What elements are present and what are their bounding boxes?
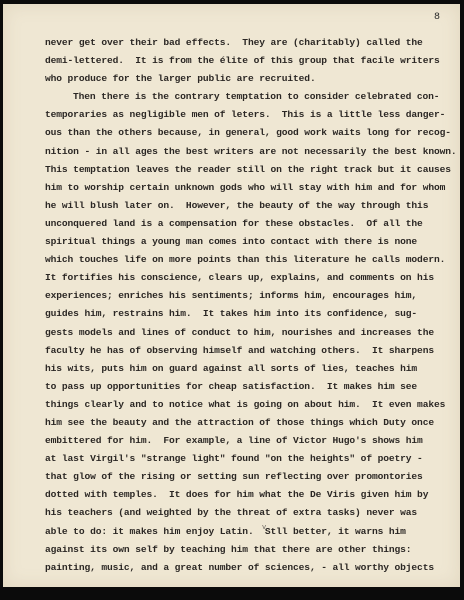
text-line: nition - in all ages the best writers ar… [45, 143, 445, 161]
text-line: temporaries as negligible men of leters.… [45, 106, 445, 124]
text-line: experiences; enriches his sentiments; in… [45, 287, 445, 305]
text-line: that glow of the rising or setting sun r… [45, 468, 445, 486]
paragraph-1: never get over their bad effects. They a… [45, 34, 445, 88]
text-line: This temptation leaves the reader still … [45, 161, 445, 179]
text-line: his teachers (and weighted by the threat… [45, 504, 445, 522]
text-line: able to do: it makes him enjoy Latin. St… [45, 523, 445, 541]
typewritten-page: 8 never get over their bad effects. They… [3, 4, 460, 587]
text-line: to pass up opportunities for cheap satis… [45, 378, 445, 396]
page-body: never get over their bad effects. They a… [45, 34, 445, 577]
handwritten-caret-mark: v [262, 524, 266, 532]
text-line: faculty he has of observing himself and … [45, 342, 445, 360]
text-line: never get over their bad effects. They a… [45, 34, 445, 52]
text-line: unconquered land is a compensation for t… [45, 215, 445, 233]
paragraph-2: Then there is the contrary temptation to… [45, 88, 445, 577]
text-line: things clearly and to notice what is goi… [45, 396, 445, 414]
text-line: him to worship certain unknown gods who … [45, 179, 445, 197]
text-line: spiritual things a young man comes into … [45, 233, 445, 251]
text-line: guides him, restrains him. It takes him … [45, 305, 445, 323]
text-line: which touches life on more points than t… [45, 251, 445, 269]
text-line: Then there is the contrary temptation to… [45, 88, 445, 106]
text-line: dotted with temples. It does for him wha… [45, 486, 445, 504]
text-line: embittered for him. For example, a line … [45, 432, 445, 450]
text-line: who produce for the larger public are re… [45, 70, 445, 88]
text-line: his wits, puts him on guard against all … [45, 360, 445, 378]
page-number: 8 [434, 12, 440, 23]
text-line: gests models and lines of conduct to him… [45, 324, 445, 342]
text-line: against its own self by teaching him tha… [45, 541, 445, 559]
text-line: at last Virgil's "strange light" found "… [45, 450, 445, 468]
text-line: he will blush later on. However, the bea… [45, 197, 445, 215]
text-line: demi-lettered. It is from the élite of t… [45, 52, 445, 70]
text-line: It fortifies his conscience, clears up, … [45, 269, 445, 287]
text-line: ous than the others because, in general,… [45, 124, 445, 142]
text-line: painting, music, and a great number of s… [45, 559, 445, 577]
text-line: him see the beauty and the attraction of… [45, 414, 445, 432]
